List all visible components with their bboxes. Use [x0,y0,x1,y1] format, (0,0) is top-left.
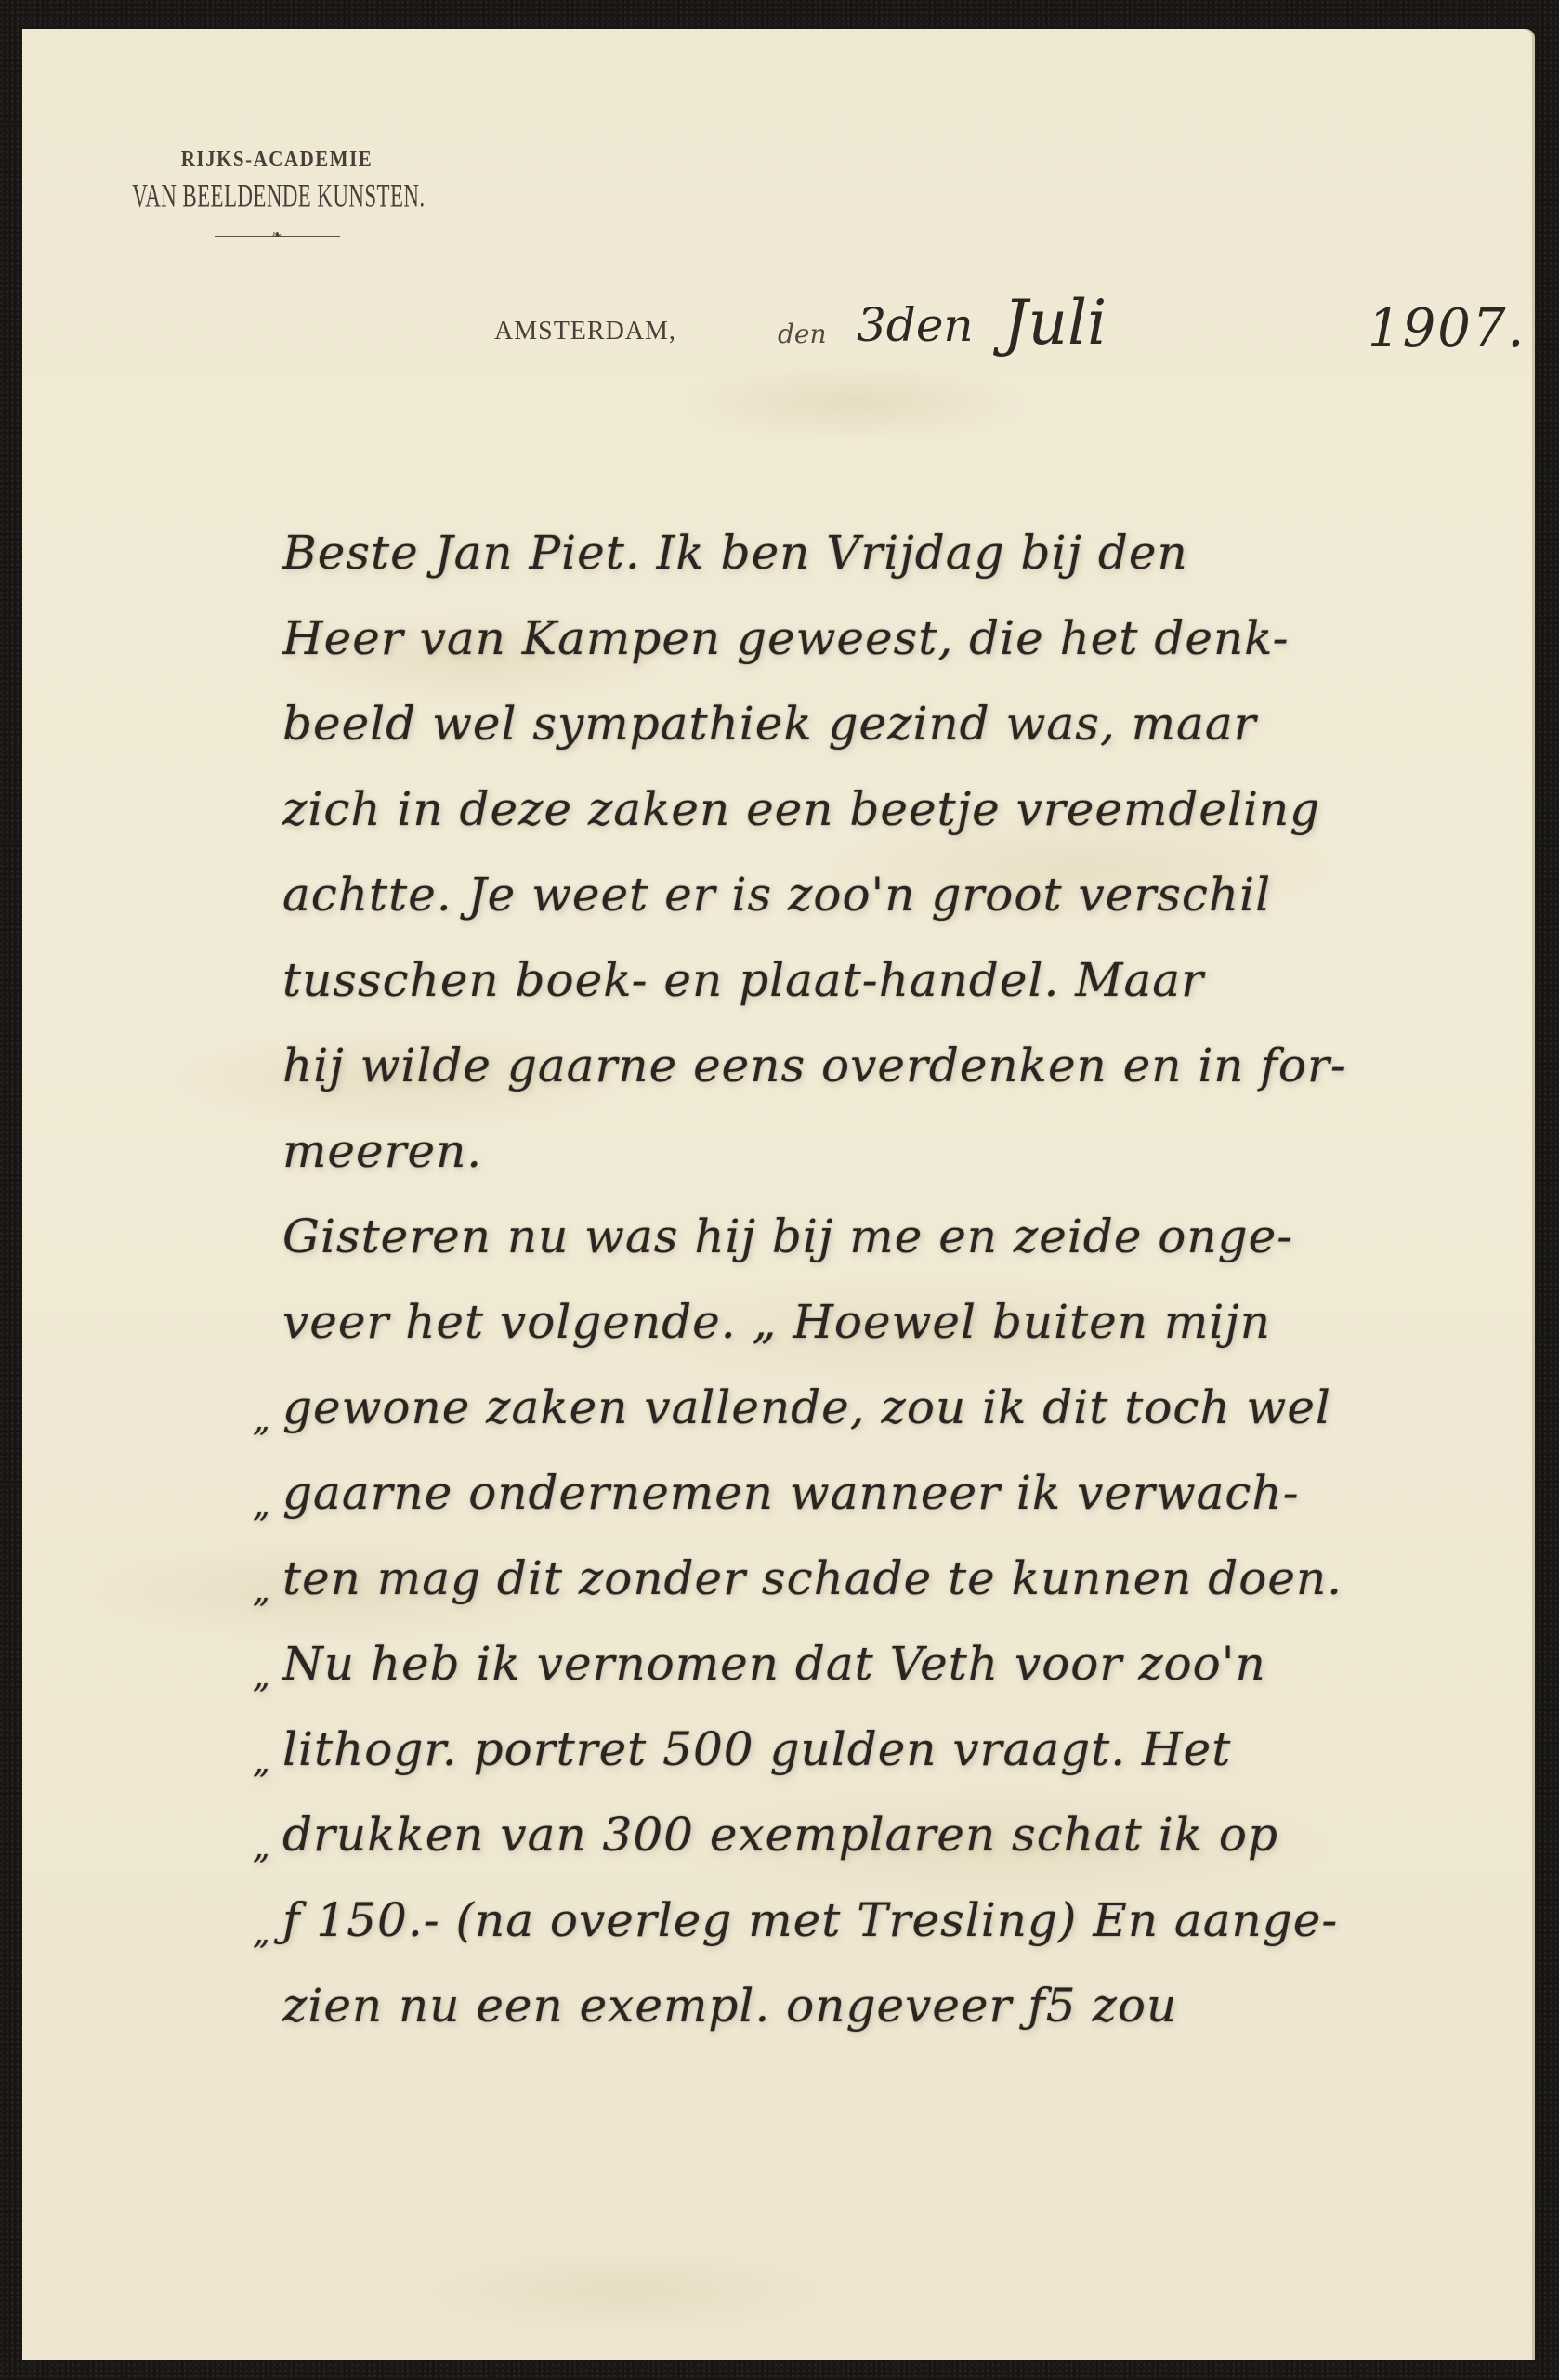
letter-line: beeld wel sympathiek gezind was, maar [282,681,1527,766]
letterhead: RIJKS-ACADEMIE VAN BEELDENDE KUNSTEN. ❧ [100,148,453,242]
letter-line: „gaarne ondernemen wanneer ik verwach- [282,1450,1527,1536]
line-text: achtte. Je weet er is zoo'n groot versch… [282,868,1271,922]
line-text: Heer van Kampen geweest, die het denk- [282,611,1289,665]
letter-line: tusschen boek- en plaat-handel. Maar [282,937,1527,1023]
quote-mark: „ [253,1463,271,1549]
letterhead-divider: ❧ [215,230,340,242]
letter-line: „gewone zaken vallende, zou ik dit toch … [282,1365,1527,1450]
line-text: veer het volgende. „ Hoewel buiten mijn [282,1295,1271,1349]
quote-mark: „ [253,1805,271,1890]
letter-body: Beste Jan Piet. Ik ben Vrijdag bij den H… [282,510,1527,2048]
quote-mark: „ [253,1549,271,1634]
letter-line: „lithogr. portret 500 gulden vraagt. Het [282,1707,1527,1792]
letter-line: Beste Jan Piet. Ik ben Vrijdag bij den [282,510,1527,595]
line-text: ƒ 150.- (na overleg met Tresling) En aan… [282,1893,1338,1947]
line-text: drukken van 300 exemplaren schat ik op [282,1808,1278,1862]
line-text: ten mag dit zonder schade te kunnen doen… [282,1551,1343,1605]
letter-line: Heer van Kampen geweest, die het denk- [282,595,1527,681]
dateline-month: Juli [1003,287,1107,359]
line-text: lithogr. portret 500 gulden vraagt. Het [282,1722,1231,1776]
letter-line: hij wilde gaarne eens overdenken en in f… [282,1023,1527,1108]
line-text: Beste Jan Piet. Ik ben Vrijdag bij den [282,526,1188,580]
dateline: AMSTERDAM, den 3den Juli 1907. [494,298,1535,428]
quote-mark: „ [253,1890,271,1976]
letter-sheet: RIJKS-ACADEMIE VAN BEELDENDE KUNSTEN. ❧ … [22,29,1535,2360]
quote-mark: „ [253,1634,271,1720]
letter-line: „ten mag dit zonder schade te kunnen doe… [282,1536,1527,1621]
letter-line: „ƒ 150.- (na overleg met Tresling) En aa… [282,1877,1527,1963]
fleuron-ornament-icon: ❧ [272,229,282,242]
letter-line: meeren. [282,1108,1527,1194]
line-text: zien nu een exempl. ongeveer ƒ5 zou [282,1979,1177,2033]
line-text: hij wilde gaarne eens overdenken en in f… [282,1039,1347,1092]
line-text: gewone zaken vallende, zou ik dit toch w… [282,1380,1331,1434]
letter-line: „drukken van 300 exemplaren schat ik op [282,1792,1527,1877]
letter-line: achtte. Je weet er is zoo'n groot versch… [282,852,1527,937]
dateline-city: AMSTERDAM, [494,317,676,347]
dateline-year: 1907. [1368,298,1526,359]
line-text: zich in deze zaken een beetje vreemdelin… [282,782,1320,836]
line-text: Nu heb ik vernomen dat Veth voor zoo'n [282,1637,1266,1691]
letter-line: zich in deze zaken een beetje vreemdelin… [282,766,1527,852]
letter-line: Gisteren nu was hij bij me en zeide onge… [282,1194,1527,1279]
line-text: gaarne ondernemen wanneer ik verwach- [282,1466,1300,1520]
quote-mark: „ [253,1378,271,1463]
dateline-day: 3den [857,298,974,352]
letter-line: „Nu heb ik vernomen dat Veth voor zoo'n [282,1621,1527,1707]
letter-line: veer het volgende. „ Hoewel buiten mijn [282,1279,1527,1365]
line-text: meeren. [282,1124,482,1178]
line-text: beeld wel sympathiek gezind was, maar [282,697,1257,751]
line-text: tusschen boek- en plaat-handel. Maar [282,953,1204,1007]
letter-line: zien nu een exempl. ongeveer ƒ5 zou [282,1963,1527,2048]
quote-mark: „ [253,1720,271,1805]
line-text: Gisteren nu was hij bij me en zeide onge… [282,1210,1293,1263]
letterhead-institution-main: VAN BEELDENDE KUNSTEN. [132,177,422,216]
dateline-den: den [778,319,827,349]
letterhead-institution-top: RIJKS-ACADEMIE [100,146,453,173]
